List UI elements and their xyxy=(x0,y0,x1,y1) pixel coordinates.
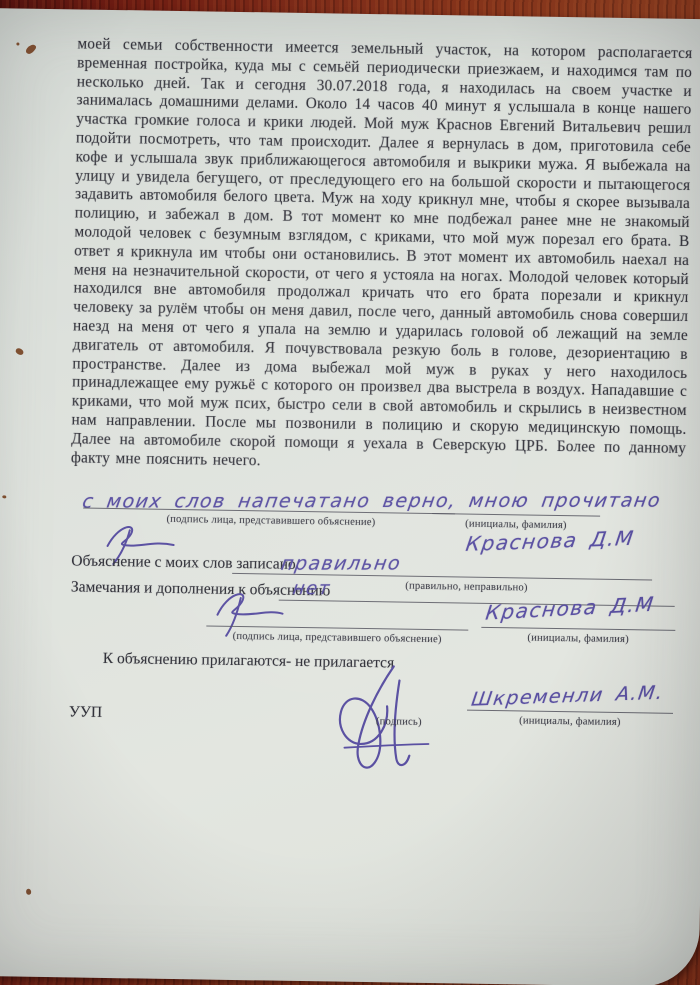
signature-caption: (подпись) xyxy=(349,716,449,729)
recorded-caption: (правильно, неправильно) xyxy=(384,580,549,594)
initials-blank-line xyxy=(432,513,600,517)
caption-initials-surname-2: (инициалы, фамилия) xyxy=(481,632,675,646)
paper-speck xyxy=(25,43,37,56)
paper-speck xyxy=(26,889,31,895)
caption-initials-surname-3: (инициалы, фамилия) xyxy=(467,715,673,729)
handwritten-name-krasnova-1: Краснова Д.М xyxy=(464,526,636,556)
recorded-label: Объяснение с моих слов записано xyxy=(71,552,296,574)
officer-initials-line xyxy=(467,710,673,714)
initials-blank-line-2 xyxy=(481,627,675,631)
officer-label: УУП xyxy=(69,703,102,722)
officer-handwritten-name: Шкременли А.М. xyxy=(470,682,665,711)
paper-sheet: моей семьи собственности имеется земельн… xyxy=(0,8,700,985)
remarks-handwritten-value: нет xyxy=(291,578,332,599)
paper-speck xyxy=(2,495,6,498)
handwritten-name-krasnova-2: Краснова Д.М xyxy=(484,592,656,625)
caption-person-signature-2: (подпись лица, представившего объяснение… xyxy=(206,631,468,646)
paper-speck xyxy=(16,42,19,45)
photo-background: моей семьи собственности имеется земельн… xyxy=(0,0,700,985)
recorded-handwritten-value: правильно xyxy=(279,553,402,575)
paper-speck xyxy=(15,347,25,355)
statement-body: моей семьи собственности имеется земельн… xyxy=(71,35,693,477)
